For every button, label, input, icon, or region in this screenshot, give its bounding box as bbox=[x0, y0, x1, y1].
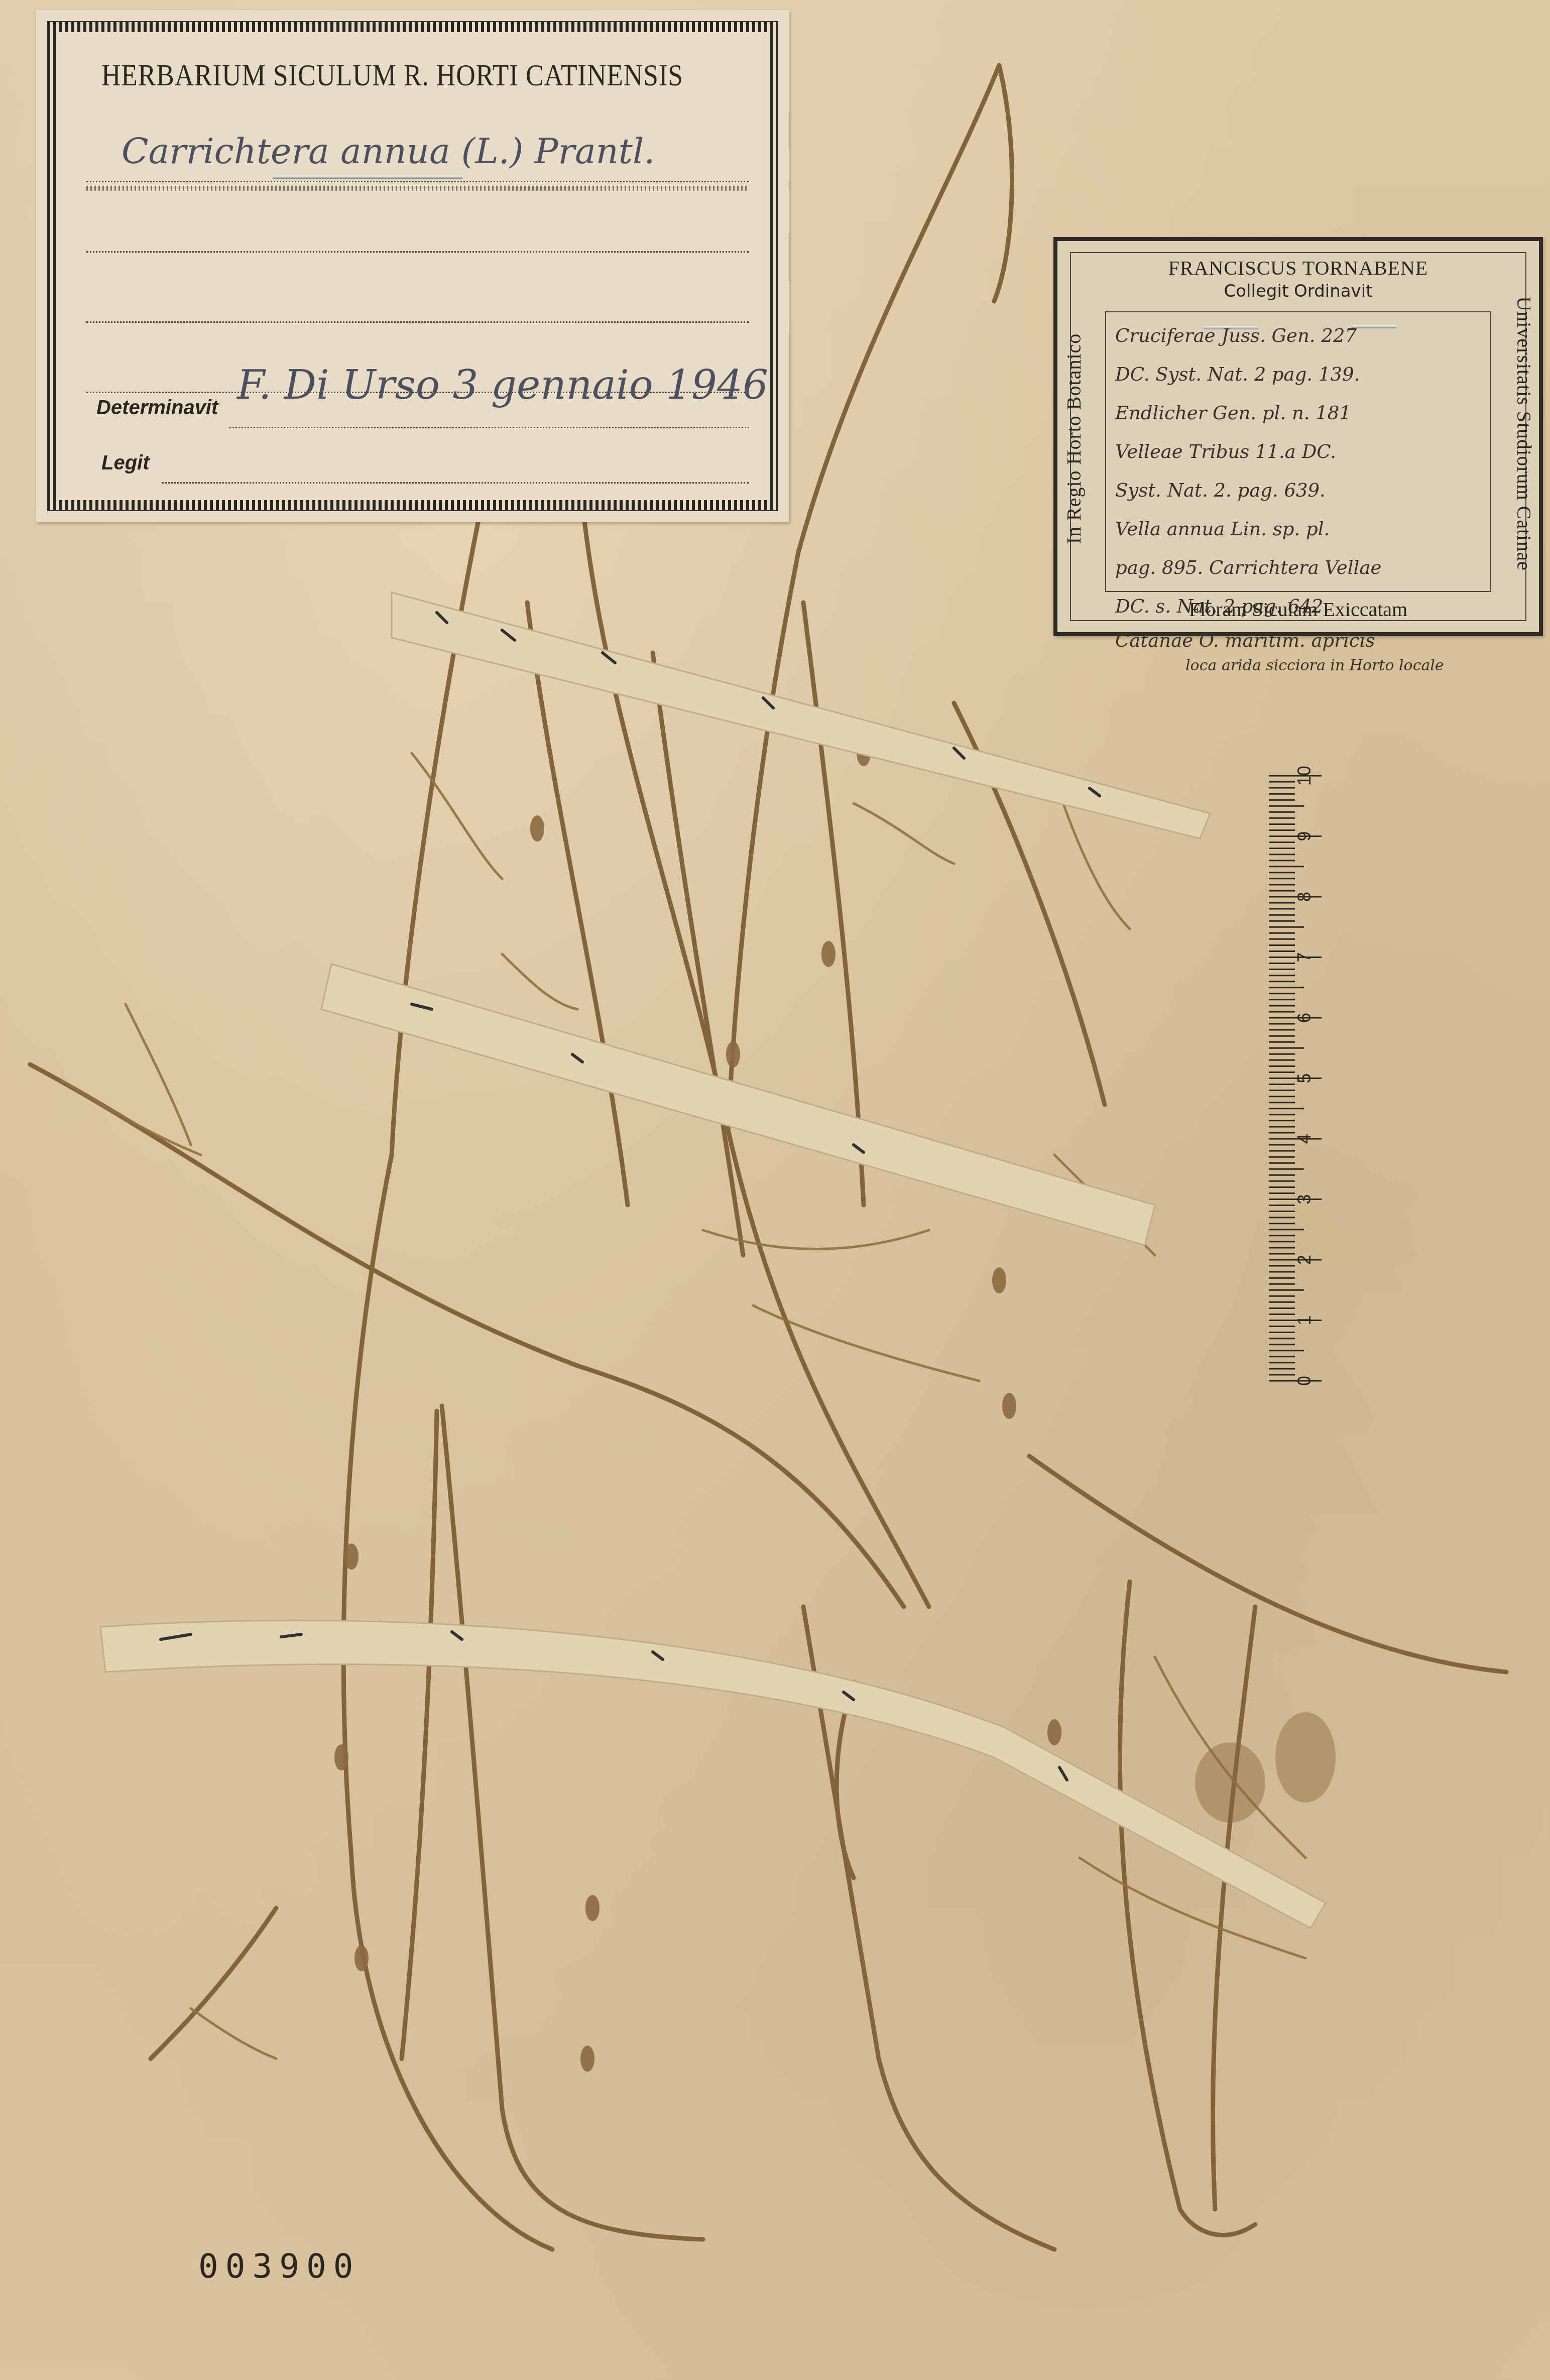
side-text-right: Universitatis Studiorum Catinae bbox=[1512, 253, 1536, 615]
ruled-line bbox=[86, 251, 749, 253]
ruled-line bbox=[162, 482, 749, 484]
determinavit-label: Determinavit bbox=[96, 397, 218, 419]
note-line: loca arida sicciora in Horto locale bbox=[1115, 656, 1484, 676]
collector-name: FRANCISCUS TORNABENE bbox=[1057, 256, 1539, 280]
species-name: Carrichtera annua (L.) Prantl. bbox=[122, 131, 655, 172]
mounting-tapes bbox=[100, 592, 1326, 1928]
collector-label: FRANCISCUS TORNABENE Collegit Ordinavit … bbox=[1053, 237, 1543, 636]
legit-label: Legit bbox=[101, 452, 150, 474]
catalog-number: 003900 bbox=[198, 2247, 360, 2286]
ruler-tick-label: 9 bbox=[1294, 831, 1315, 841]
ruler-tick-label: 8 bbox=[1294, 892, 1315, 902]
ruler-tick-label: 4 bbox=[1294, 1134, 1315, 1144]
ruler-tick-label: 0 bbox=[1294, 1376, 1315, 1386]
side-text-left: In Regio Horto Botanico bbox=[1062, 263, 1086, 615]
herbarium-title: HERBARIUM SICULUM R. HORTI CATINENSIS bbox=[101, 58, 654, 93]
note-line: Endlicher Gen. pl. n. 181 bbox=[1115, 394, 1484, 432]
collector-footer: Floram Siculam Exiccatam bbox=[1057, 598, 1539, 621]
handwritten-notes: Cruciferae Juss. Gen. 227 DC. Syst. Nat.… bbox=[1115, 316, 1484, 676]
note-line: pag. 895. Carrichtera Vellae bbox=[1115, 548, 1484, 587]
determinavit-value: F. Di Urso 3 gennaio 1946 bbox=[237, 362, 768, 408]
note-line: Velleae Tribus 11.a DC. bbox=[1115, 432, 1484, 471]
ruler-tick-label: 3 bbox=[1294, 1194, 1315, 1204]
ruled-line bbox=[86, 181, 749, 182]
note-line: DC. Syst. Nat. 2 pag. 139. bbox=[1115, 355, 1484, 394]
mounting-pin bbox=[272, 176, 463, 179]
note-line: Vella annua Lin. sp. pl. bbox=[1115, 510, 1484, 548]
collector-subtitle: Collegit Ordinavit bbox=[1057, 281, 1539, 301]
scale-ruler: 012345678910 bbox=[1255, 763, 1356, 1388]
ruled-line bbox=[86, 321, 749, 323]
ruler-tick-label: 6 bbox=[1294, 1013, 1315, 1023]
note-line: Catanae O. maritim. apricis bbox=[1115, 626, 1484, 656]
note-line: Cruciferae Juss. Gen. 227 bbox=[1115, 316, 1484, 355]
ruler-tick-label: 7 bbox=[1294, 952, 1315, 962]
ruler-tick-label: 1 bbox=[1294, 1315, 1315, 1325]
ornamental-border bbox=[47, 21, 778, 511]
wavy-rule bbox=[86, 186, 749, 191]
note-line: Syst. Nat. 2. pag. 639. bbox=[1115, 471, 1484, 510]
ruler-tick-label: 5 bbox=[1294, 1073, 1315, 1083]
herbarium-label: HERBARIUM SICULUM R. HORTI CATINENSIS Ca… bbox=[36, 10, 789, 522]
ruler-tick-label: 2 bbox=[1294, 1255, 1315, 1265]
ruler-tick-label: 10 bbox=[1294, 766, 1315, 786]
ruled-line bbox=[229, 427, 749, 428]
